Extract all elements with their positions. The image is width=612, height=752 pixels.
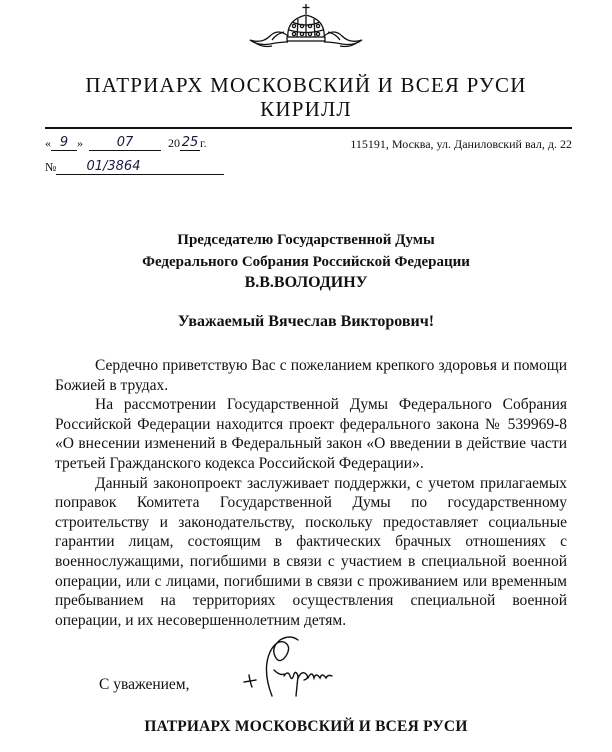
outgoing-number: №01/3864	[45, 159, 224, 175]
handwritten-signature-icon	[240, 630, 350, 702]
date-year-unit: г.	[200, 136, 207, 151]
addressee-name: В.В.ВОЛОДИНУ	[0, 272, 612, 294]
signer-title: ПАТРИАРХ МОСКОВСКИЙ И ВСЕЯ РУСИ	[0, 718, 612, 736]
letter-body: Сердечно приветствую Вас с пожеланием кр…	[55, 356, 567, 630]
date-year-suffix: 25	[180, 135, 200, 151]
addressee-organization: Федерального Собрания Российской Федерац…	[0, 251, 612, 273]
patriarch-emblem-icon	[248, 2, 364, 52]
body-paragraph: Данный законопроект заслуживает поддержк…	[55, 474, 567, 631]
closing-phrase: С уважением,	[99, 676, 190, 694]
date-close-quote: »	[77, 136, 83, 151]
addressee-position: Председателю Государственной Думы	[0, 229, 612, 251]
salutation: Уважаемый Вячеслав Викторович!	[0, 313, 612, 331]
date-month: 07	[89, 135, 161, 151]
letterhead-title: ПАТРИАРХ МОСКОВСКИЙ И ВСЕЯ РУСИ	[0, 73, 612, 98]
letter-date: «9»07 2025г.	[45, 135, 207, 153]
sender-address: 115191, Москва, ул. Даниловский вал, д. …	[350, 137, 572, 152]
date-day: 9	[51, 135, 77, 151]
number-value: 01/3864	[56, 159, 224, 175]
letterhead-divider	[45, 127, 572, 129]
number-label: №	[45, 160, 56, 175]
date-year-prefix: 20	[168, 136, 180, 151]
letterhead-name: КИРИЛЛ	[0, 97, 612, 122]
body-paragraph: На рассмотрении Государственной Думы Фед…	[55, 395, 567, 473]
body-paragraph: Сердечно приветствую Вас с пожеланием кр…	[55, 356, 567, 395]
